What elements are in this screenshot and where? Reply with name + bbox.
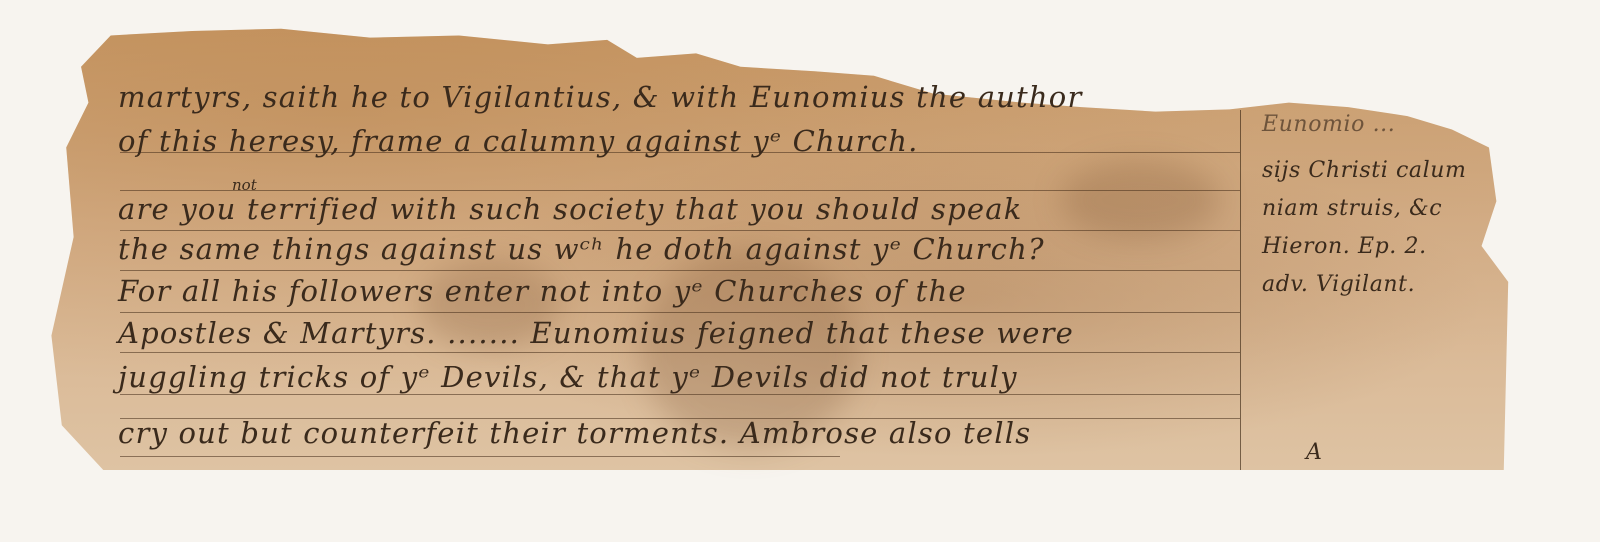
margin-note-line-4: Hieron. Ep. 2.	[1262, 234, 1427, 259]
manuscript-line-2: of this heresy, frame a calumny against …	[118, 124, 919, 158]
manuscript-line-1: martyrs, saith he to Vigilantius, & with…	[118, 80, 1083, 114]
margin-note-line-2: sijs Christi calum	[1262, 158, 1466, 183]
margin-bottom-fragment: A	[1306, 440, 1323, 465]
ruled-line	[120, 456, 840, 457]
ruled-line	[120, 190, 1240, 191]
manuscript-line-3: are you terrified with such society that…	[118, 192, 1023, 226]
margin-note-line-5: adv. Vigilant.	[1262, 272, 1415, 297]
ruled-line	[120, 394, 1240, 395]
ruled-line	[120, 352, 1240, 353]
margin-rule	[1240, 110, 1241, 470]
ruled-line	[120, 230, 1240, 231]
photo-backdrop: martyrs, saith he to Vigilantius, & with…	[0, 0, 1600, 542]
margin-note-line-3: niam struis, &c	[1262, 196, 1442, 221]
manuscript-line-6: Apostles & Martyrs. ....... Eunomius fei…	[118, 316, 1074, 350]
ruled-line	[120, 270, 1240, 271]
manuscript-line-7: juggling tricks of yᵉ Devils, & that yᵉ …	[118, 360, 1018, 394]
manuscript-line-5: For all his followers enter not into yᵉ …	[118, 274, 967, 308]
margin-note-line-1: Eunomio ...	[1262, 112, 1395, 137]
ruled-line	[120, 312, 1240, 313]
water-stain	[1060, 160, 1220, 240]
manuscript-line-8: cry out but counterfeit their torments. …	[118, 416, 1031, 450]
manuscript-line-4: the same things against us wᶜʰ he doth a…	[118, 232, 1045, 266]
